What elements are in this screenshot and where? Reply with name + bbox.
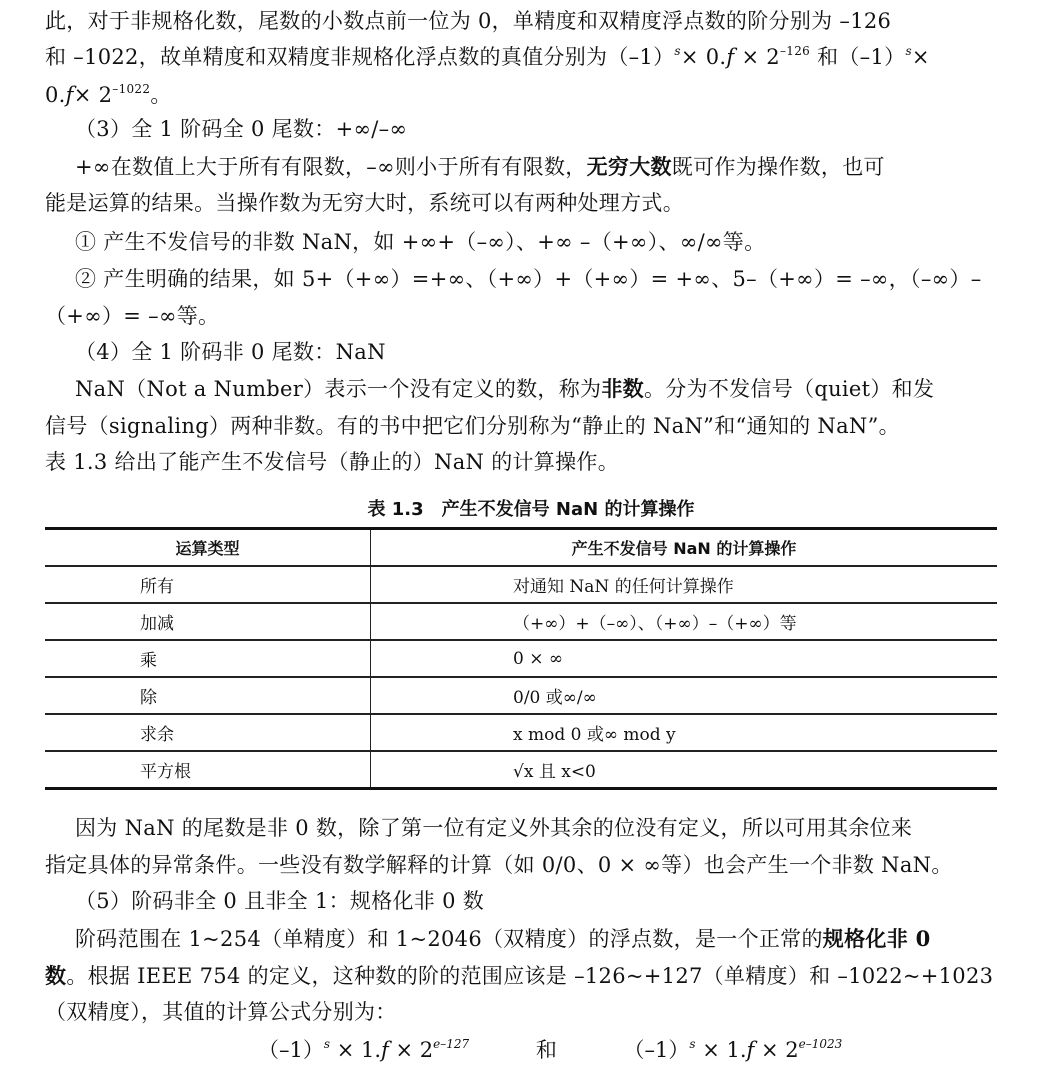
superscript: –126 xyxy=(780,44,810,58)
text: × 2 xyxy=(754,1038,798,1062)
paragraph-line: 0.f× 2–1022。 xyxy=(45,80,1005,110)
text: × 2 xyxy=(389,1038,433,1062)
text: f xyxy=(381,1038,389,1062)
paragraph-line: 表 1.3 给出了能产生不发信号（静止的）NaN 的计算操作。 xyxy=(45,447,1005,477)
table-cell-op: √x 且 x<0 xyxy=(371,751,998,789)
text: 和 xyxy=(536,1038,557,1062)
text: 此，对于非规格化数，尾数的小数点前一位为 0，单精度和双精度浮点数的阶分别为 –… xyxy=(45,9,891,33)
text: f xyxy=(726,45,734,69)
text: （双精度），其值的计算公式分别为： xyxy=(45,1000,397,1024)
table-caption: 表 1.3 产生不发信号 NaN 的计算操作 xyxy=(0,495,1062,521)
text: 0. xyxy=(45,83,66,107)
document-page: 此，对于非规格化数，尾数的小数点前一位为 0，单精度和双精度浮点数的阶分别为 –… xyxy=(0,0,1062,1071)
table-row: 除 0/0 或∞/∞ xyxy=(45,677,997,714)
text: 因为 NaN 的尾数是非 0 数，除了第一位有定义外其余的位没有定义，所以可用其… xyxy=(75,816,912,840)
text: × 1. xyxy=(330,1038,381,1062)
section-heading-4: （4）全 1 阶码非 0 尾数：NaN xyxy=(75,337,1035,367)
superscript: e–127 xyxy=(433,1037,469,1051)
table-cell-type: 乘 xyxy=(45,640,371,677)
text: 能是运算的结果。当操作数为无穷大时，系统可以有两种处理方式。 xyxy=(45,191,684,215)
paragraph-line: 和 –1022，故单精度和双精度非规格化浮点数的真值分别为（–1）s× 0.f … xyxy=(45,42,1005,72)
paragraph-line: 指定具体的异常条件。一些没有数学解释的计算（如 0/0、0 × ∞等）也会产生一… xyxy=(45,850,1005,880)
text: （+∞）= –∞等。 xyxy=(45,304,219,328)
table-row: 加减 （+∞）+（–∞）、（+∞）–（+∞）等 xyxy=(45,603,997,640)
column-header: 运算类型 xyxy=(45,529,371,567)
bold-term: 数 xyxy=(45,963,66,988)
normalized-value-formula: （–1）s × 1.f × 2e–127 和 （–1）s × 1.f × 2e–… xyxy=(258,1034,842,1064)
text: 。分为不发信号（quiet）和发 xyxy=(644,377,934,401)
text: 和（–1） xyxy=(810,45,905,69)
paragraph-line: +∞在数值上大于所有有限数，–∞则小于所有有限数，无穷大数既可作为操作数，也可 xyxy=(75,152,1035,182)
text: （4）全 1 阶码非 0 尾数：NaN xyxy=(75,340,386,364)
text: × 1. xyxy=(696,1038,747,1062)
text: 指定具体的异常条件。一些没有数学解释的计算（如 0/0、0 × ∞等）也会产生一… xyxy=(45,853,953,877)
paragraph-line: 因为 NaN 的尾数是非 0 数，除了第一位有定义外其余的位没有定义，所以可用其… xyxy=(75,813,1035,843)
text: × xyxy=(912,45,930,69)
text: × 2 xyxy=(74,83,113,107)
text: 。 xyxy=(150,83,171,107)
table-cell-type: 所有 xyxy=(45,566,371,603)
table-cell-type: 加减 xyxy=(45,603,371,640)
table-cell-op: 0/0 或∞/∞ xyxy=(371,677,998,714)
text: 阶码范围在 1~254（单精度）和 1~2046（双精度）的浮点数，是一个正常的 xyxy=(75,927,823,951)
text: （5）阶码非全 0 且非全 1：规格化非 0 数 xyxy=(75,889,484,913)
section-heading-3: （3）全 1 阶码全 0 尾数：+∞/–∞ xyxy=(75,114,1035,144)
table-cell-op: （+∞）+（–∞）、（+∞）–（+∞）等 xyxy=(371,603,998,640)
table-row: 平方根 √x 且 x<0 xyxy=(45,751,997,789)
text: f xyxy=(66,83,74,107)
section-heading-5: （5）阶码非全 0 且非全 1：规格化非 0 数 xyxy=(75,886,1035,916)
text: 。根据 IEEE 754 的定义，这种数的阶的范围应该是 –126~+127（单… xyxy=(66,964,993,988)
superscript: –1022 xyxy=(112,82,150,96)
paragraph-line: 能是运算的结果。当操作数为无穷大时，系统可以有两种处理方式。 xyxy=(45,188,1005,218)
text: × 2 xyxy=(741,45,780,69)
text: （3）全 1 阶码全 0 尾数：+∞/–∞ xyxy=(75,117,407,141)
paragraph-line: （+∞）= –∞等。 xyxy=(45,301,1005,331)
list-item: ① 产生不发信号的非数 NaN，如 +∞+（–∞）、+∞ –（+∞）、∞/∞等。 xyxy=(75,227,1035,257)
text: （–1） xyxy=(258,1038,324,1062)
text: ① 产生不发信号的非数 NaN，如 +∞+（–∞）、+∞ –（+∞）、∞/∞等。 xyxy=(75,230,765,254)
text: ② 产生明确的结果，如 5+（+∞）=+∞、（+∞）+（+∞）= +∞、5–（+… xyxy=(75,267,982,291)
text: 既可作为操作数，也可 xyxy=(672,155,885,179)
nan-operations-table: 运算类型 产生不发信号 NaN 的计算操作 所有 对通知 NaN 的任何计算操作… xyxy=(45,527,997,790)
table-header-row: 运算类型 产生不发信号 NaN 的计算操作 xyxy=(45,529,997,567)
table-cell-type: 除 xyxy=(45,677,371,714)
table-row: 求余 x mod 0 或∞ mod y xyxy=(45,714,997,751)
table-cell-type: 求余 xyxy=(45,714,371,751)
text: × 0. xyxy=(681,45,727,69)
table-row: 所有 对通知 NaN 的任何计算操作 xyxy=(45,566,997,603)
table-cell-type: 平方根 xyxy=(45,751,371,789)
table-cell-op: x mod 0 或∞ mod y xyxy=(371,714,998,751)
paragraph-line: （双精度），其值的计算公式分别为： xyxy=(45,997,1005,1027)
bold-term: 规格化非 0 xyxy=(823,926,931,951)
bold-term: 无穷大数 xyxy=(587,154,672,179)
text: +∞在数值上大于所有有限数，–∞则小于所有有限数， xyxy=(75,155,587,179)
column-header: 产生不发信号 NaN 的计算操作 xyxy=(371,529,998,567)
text: （–1） xyxy=(624,1038,690,1062)
text: 信号（signaling）两种非数。有的书中把它们分别称为“静止的 NaN”和“… xyxy=(45,414,900,438)
paragraph-line: NaN（Not a Number）表示一个没有定义的数，称为非数。分为不发信号（… xyxy=(75,374,1035,404)
paragraph-line: 阶码范围在 1~254（单精度）和 1~2046（双精度）的浮点数，是一个正常的… xyxy=(75,924,1035,954)
bold-term: 非数 xyxy=(601,376,644,401)
paragraph-line: 数。根据 IEEE 754 的定义，这种数的阶的范围应该是 –126~+127（… xyxy=(45,961,1005,991)
text: 和 –1022，故单精度和双精度非规格化浮点数的真值分别为（–1） xyxy=(45,45,674,69)
list-item: ② 产生明确的结果，如 5+（+∞）=+∞、（+∞）+（+∞）= +∞、5–（+… xyxy=(75,264,1035,294)
table-row: 乘 0 × ∞ xyxy=(45,640,997,677)
text: NaN（Not a Number）表示一个没有定义的数，称为 xyxy=(75,377,601,401)
table-cell-op: 对通知 NaN 的任何计算操作 xyxy=(371,566,998,603)
paragraph-line: 此，对于非规格化数，尾数的小数点前一位为 0，单精度和双精度浮点数的阶分别为 –… xyxy=(45,6,1005,36)
paragraph-line: 信号（signaling）两种非数。有的书中把它们分别称为“静止的 NaN”和“… xyxy=(45,411,1005,441)
superscript: e–1023 xyxy=(799,1037,843,1051)
text: 表 1.3 给出了能产生不发信号（静止的）NaN 的计算操作。 xyxy=(45,450,619,474)
table-cell-op: 0 × ∞ xyxy=(371,640,998,677)
